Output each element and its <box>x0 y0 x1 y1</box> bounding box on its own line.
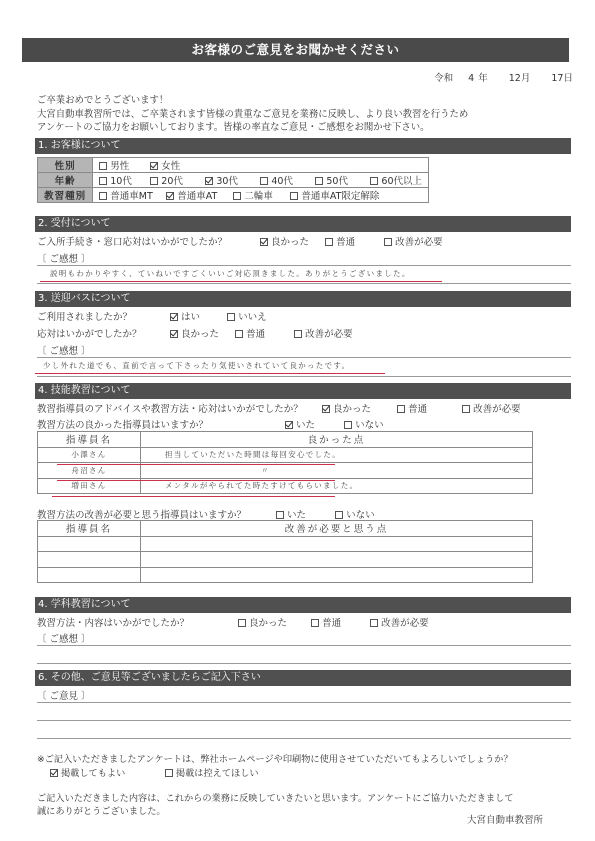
age-row: 年齢 10代 20代 30代 40代 50代 60代以上 <box>38 173 429 188</box>
instructor-name[interactable]: 増田さん <box>71 481 106 490</box>
intro-line: アンケートのご協力をお願いしております。皆様の率直なご意見・ご感想をお聞かせ下さ… <box>37 121 468 135</box>
col-instructor-name: 指導員名 <box>38 432 141 448</box>
option-yes[interactable]: いた <box>285 417 341 431</box>
age-label: 年齢 <box>38 173 93 188</box>
comment-line <box>37 357 571 358</box>
date-year: 4 <box>468 73 474 84</box>
consent-options: 掲載してもよい 掲載は控えてほしい <box>50 765 259 779</box>
question-text: ご利用されましたか？ <box>37 309 167 323</box>
option-motorcycle[interactable]: 二輪車 <box>233 188 287 202</box>
question-text: ご入所手続き・窓口応対はいかがでしたか？ <box>37 234 257 248</box>
table-row <box>38 536 533 552</box>
option-label: 良かった <box>333 404 371 415</box>
section-header-reception: 2. 受付について <box>35 216 571 232</box>
checkbox-icon[interactable] <box>344 421 352 429</box>
date-day-unit: 日 <box>563 73 573 84</box>
checkbox-icon[interactable] <box>370 619 378 627</box>
bus-service-row: 応対はいかがでしたか？ 良かった 普通 改善が必要 <box>37 326 353 340</box>
option-label: 二輪車 <box>244 191 273 202</box>
comment-line[interactable] <box>37 663 571 664</box>
option-20s[interactable]: 20代 <box>150 173 202 187</box>
good-point[interactable]: 担当していただいた時間は毎回安心でした。 <box>165 450 341 459</box>
date-month-unit: 月 <box>521 73 531 84</box>
table-row <box>38 552 533 568</box>
red-underline <box>40 281 442 282</box>
checkbox-icon[interactable] <box>233 192 241 200</box>
option-label: 50代 <box>326 176 348 187</box>
option-label: 普通 <box>336 237 355 248</box>
comment-label: 〔 ご感想 〕 <box>37 251 91 265</box>
table-header-row: 指導員名 良かった点 <box>38 432 533 448</box>
date: 令和 4年 12月 17日 <box>424 70 573 84</box>
table-header-row: 指導員名 改善が必要と思う点 <box>38 521 533 537</box>
option-no[interactable]: いない <box>344 417 384 431</box>
signature: 大宮自動車教習所 <box>467 812 543 826</box>
checkbox-icon[interactable] <box>315 177 323 185</box>
checkbox-checked-icon[interactable] <box>170 330 178 338</box>
option-mt[interactable]: 普通車MT <box>99 188 163 202</box>
checkbox-checked-icon[interactable] <box>285 421 293 429</box>
gender-row: 性別 男性 女性 <box>38 158 429 173</box>
option-normal[interactable]: 普通 <box>235 326 291 340</box>
option-label: 女性 <box>161 161 180 172</box>
option-decline-publish[interactable]: 掲載は控えてほしい <box>165 765 259 779</box>
checkbox-icon[interactable] <box>99 162 107 170</box>
checkbox-icon[interactable] <box>335 511 343 519</box>
option-label: 40代 <box>271 176 293 187</box>
option-label: 掲載は控えてほしい <box>176 768 259 779</box>
question-text: 教習方法の改善が必要と思う指導員はいますか？ <box>37 507 273 521</box>
closing-text: ご記入いただきました内容は、これからの業務に反映していきたいと思います。アンケー… <box>37 792 513 818</box>
section-header-shuttle-bus: 3. 送迎バスについて <box>35 291 571 307</box>
comment-line[interactable] <box>37 702 571 703</box>
option-label: いいえ <box>238 312 267 323</box>
age-options: 10代 20代 30代 40代 50代 60代以上 <box>93 173 429 188</box>
option-label: 良かった <box>249 618 287 629</box>
comment-label: 〔 ご感想 〕 <box>37 631 91 645</box>
checkbox-checked-icon[interactable] <box>205 177 213 185</box>
checkbox-icon[interactable] <box>165 769 173 777</box>
checkbox-checked-icon[interactable] <box>260 238 268 246</box>
red-underline <box>57 464 335 465</box>
option-30s[interactable]: 30代 <box>205 173 257 187</box>
option-no[interactable]: いいえ <box>227 309 267 323</box>
option-no[interactable]: いない <box>335 507 375 521</box>
course-label: 教習種別 <box>38 188 93 203</box>
option-normal[interactable]: 普通 <box>325 234 381 248</box>
option-50s[interactable]: 50代 <box>315 173 367 187</box>
option-label: 普通 <box>246 329 265 340</box>
academic-question-row: 教習方法・内容はいかがでしたか？ 良かった 普通 改善が必要 <box>37 615 429 629</box>
checkbox-icon[interactable] <box>150 177 158 185</box>
table-row <box>38 567 533 583</box>
option-normal[interactable]: 普通 <box>311 615 367 629</box>
question-text: 教習指導員のアドバイスや教習方法・応対はいかがでしたか？ <box>37 401 319 415</box>
option-label: 男性 <box>110 161 129 172</box>
checkbox-checked-icon[interactable] <box>322 405 330 413</box>
course-row: 教習種別 普通車MT 普通車AT 二輪車 普通車AT限定解除 <box>38 188 429 203</box>
option-yes[interactable]: はい <box>170 309 224 323</box>
checkbox-icon[interactable] <box>384 238 392 246</box>
red-underline <box>57 480 335 481</box>
checkbox-icon[interactable] <box>325 238 333 246</box>
checkbox-icon[interactable] <box>276 511 284 519</box>
checkbox-icon[interactable] <box>290 192 298 200</box>
checkbox-icon[interactable] <box>311 619 319 627</box>
reception-comment[interactable]: 説明もわかりやすく、ていねいですごくいいご対応頂きました。ありがとうございました… <box>50 268 411 279</box>
intro-line: 大宮自動車教習所では、ご卒業されます皆様の貴重なご意見を業務に反映し、より良い教… <box>37 108 468 122</box>
question-text: 教習方法の良かった指導員はいますか？ <box>37 417 282 431</box>
improve-instructor-row: 教習方法の改善が必要と思う指導員はいますか？ いた いない <box>37 507 375 521</box>
option-label: 普通車AT限定解除 <box>301 191 379 202</box>
option-label: 普通 <box>322 618 341 629</box>
instructor-name[interactable]: 舟沼さん <box>71 466 106 475</box>
reception-question-row: ご入所手続き・窓口応対はいかがでしたか？ 良かった 普通 改善が必要 <box>37 234 443 248</box>
option-at-limit-release[interactable]: 普通車AT限定解除 <box>290 188 379 202</box>
checkbox-checked-icon[interactable] <box>166 192 174 200</box>
instructor-name-cell[interactable] <box>38 567 141 583</box>
red-underline <box>35 373 385 374</box>
good-instructor-table: 指導員名 良かった点 小澤さん 担当していただいた時間は毎回安心でした。 舟沼さ… <box>37 431 533 494</box>
instructor-name-cell[interactable] <box>38 536 141 552</box>
option-label: いない <box>355 420 384 431</box>
option-good[interactable]: 良かった <box>238 615 308 629</box>
option-needs-improvement[interactable]: 改善が必要 <box>294 326 353 340</box>
option-40s[interactable]: 40代 <box>260 173 312 187</box>
good-instructor-row: 教習方法の良かった指導員はいますか？ いた いない <box>37 417 384 431</box>
option-normal[interactable]: 普通 <box>397 401 459 415</box>
col-good-point: 良かった点 <box>141 432 533 448</box>
option-female[interactable]: 女性 <box>150 158 180 172</box>
checkbox-checked-icon[interactable] <box>170 313 178 321</box>
col-instructor-name: 指導員名 <box>38 521 141 537</box>
option-label: 60代以上 <box>381 176 422 187</box>
checkbox-icon[interactable] <box>462 405 470 413</box>
comment-label: 〔 ご意見 〕 <box>37 688 91 702</box>
good-point[interactable]: 〃 <box>261 466 270 475</box>
checkbox-icon[interactable] <box>227 313 235 321</box>
option-label: 普通 <box>408 404 427 415</box>
table-row: 小澤さん 担当していただいた時間は毎回安心でした。 <box>38 447 533 463</box>
option-yes[interactable]: いた <box>276 507 332 521</box>
checkbox-icon[interactable] <box>238 619 246 627</box>
option-label: 良かった <box>271 237 309 248</box>
improve-point-cell[interactable] <box>141 552 533 568</box>
date-year-unit: 年 <box>478 73 488 84</box>
improve-instructor-table: 指導員名 改善が必要と思う点 <box>37 520 533 583</box>
improve-point-cell[interactable] <box>141 536 533 552</box>
closing-line: ご記入いただきました内容は、これからの業務に反映していきたいと思います。アンケー… <box>37 792 513 805</box>
option-label: 改善が必要 <box>305 329 353 340</box>
comment-label: 〔 ご感想 〕 <box>37 343 91 357</box>
comment-line <box>37 376 571 377</box>
option-label: 改善が必要 <box>395 237 443 248</box>
section-header-academic: 4. 学科教習について <box>35 597 571 613</box>
option-label: 普通車AT <box>177 191 217 202</box>
checkbox-checked-icon[interactable] <box>50 769 58 777</box>
comment-line <box>37 265 571 266</box>
closing-line: 誠にありがとうございました。 <box>37 805 513 818</box>
intro-line: ご卒業おめでとうございます！ <box>37 94 468 108</box>
col-improve-point: 改善が必要と思う点 <box>141 521 533 537</box>
gender-options: 男性 女性 <box>93 158 429 173</box>
section-header-other: 6. その他、ご意見等ございましたらご記入下さい <box>35 670 571 686</box>
checkbox-icon[interactable] <box>235 330 243 338</box>
comment-line[interactable] <box>37 645 571 646</box>
consent-question: ※ご記入いただきましたアンケートは、弊社ホームページや印刷物に使用させていただい… <box>37 751 513 765</box>
question-text: 教習方法・内容はいかがでしたか？ <box>37 615 235 629</box>
instructor-advice-row: 教習指導員のアドバイスや教習方法・応対はいかがでしたか？ 良かった 普通 改善が… <box>37 401 521 415</box>
comment-line[interactable] <box>37 720 571 721</box>
option-at[interactable]: 普通車AT <box>166 188 230 202</box>
checkbox-icon[interactable] <box>294 330 302 338</box>
option-label: 普通車MT <box>110 191 153 202</box>
option-label: 良かった <box>181 329 219 340</box>
checkbox-icon[interactable] <box>99 177 107 185</box>
bus-usage-row: ご利用されましたか？ はい いいえ <box>37 309 267 323</box>
date-month: 12 <box>509 73 521 84</box>
option-label: 改善が必要 <box>381 618 429 629</box>
improve-point-cell[interactable] <box>141 567 533 583</box>
option-good[interactable]: 良かった <box>322 401 394 415</box>
option-60s-plus[interactable]: 60代以上 <box>370 173 422 187</box>
option-label: 改善が必要 <box>473 404 521 415</box>
good-point[interactable]: メンタルがやられてた時たすけてもらいました。 <box>165 481 358 490</box>
checkbox-icon[interactable] <box>397 405 405 413</box>
option-label: はい <box>181 312 200 323</box>
checkbox-icon[interactable] <box>370 177 378 185</box>
option-label: 10代 <box>110 176 132 187</box>
option-allow-publish[interactable]: 掲載してもよい <box>50 765 162 779</box>
checkbox-icon[interactable] <box>99 192 107 200</box>
section-header-practical: 4. 技能教習について <box>35 383 571 399</box>
option-label: 30代 <box>216 176 238 187</box>
option-needs-improvement[interactable]: 改善が必要 <box>384 234 443 248</box>
option-needs-improvement[interactable]: 改善が必要 <box>462 401 521 415</box>
option-label: 掲載してもよい <box>61 768 125 779</box>
option-needs-improvement[interactable]: 改善が必要 <box>370 615 429 629</box>
option-10s[interactable]: 10代 <box>99 173 147 187</box>
instructor-name-cell[interactable] <box>38 552 141 568</box>
option-good[interactable]: 良かった <box>170 326 232 340</box>
bus-comment[interactable]: 少し外れた道でも、直前で言って下さったり気使いされていて良かったです。 <box>43 360 350 371</box>
date-era: 令和 <box>434 73 453 84</box>
customer-info-table: 性別 男性 女性 年齢 10代 20代 30代 40代 50代 60代以上 教習… <box>37 157 429 203</box>
option-label: いた <box>296 420 315 431</box>
checkbox-icon[interactable] <box>260 177 268 185</box>
intro-text: ご卒業おめでとうございます！ 大宮自動車教習所では、ご卒業されます皆様の貴重なご… <box>37 94 468 135</box>
gender-label: 性別 <box>38 158 93 173</box>
question-text: 応対はいかがでしたか？ <box>37 326 167 340</box>
comment-line[interactable] <box>37 738 571 739</box>
option-label: 20代 <box>161 176 183 187</box>
red-underline <box>52 496 335 497</box>
option-good[interactable]: 良かった <box>260 234 322 248</box>
checkbox-checked-icon[interactable] <box>150 162 158 170</box>
date-day: 17 <box>551 73 563 84</box>
option-male[interactable]: 男性 <box>99 158 147 172</box>
section-header-customer: 1. お客様について <box>35 138 571 154</box>
course-options: 普通車MT 普通車AT 二輪車 普通車AT限定解除 <box>93 188 429 203</box>
page-title: お客様のご意見をお聞かせください <box>22 38 569 62</box>
instructor-name[interactable]: 小澤さん <box>71 450 106 459</box>
comment-line <box>37 283 571 284</box>
